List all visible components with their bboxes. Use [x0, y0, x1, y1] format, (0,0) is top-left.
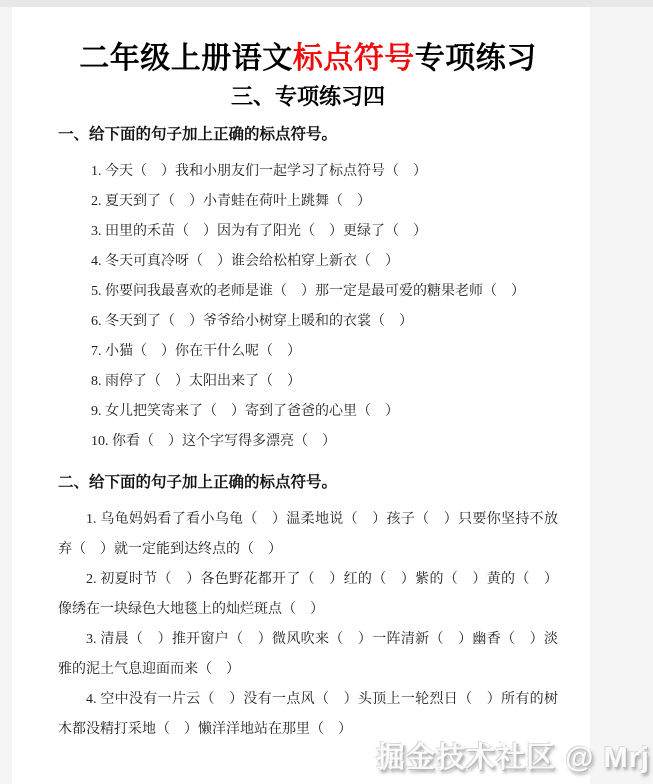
- section1-heading: 一、给下面的句子加上正确的标点符号。: [58, 124, 558, 145]
- exercise-item: 1. 今天（ ）我和小朋友们一起学习了标点符号（ ）: [91, 157, 558, 187]
- watermark: 掘金技术社区 @ Mrj: [376, 735, 650, 776]
- exercise-paragraph: 2. 初夏时节（ ）各色野花都开了（ ）红的（ ）紫的（ ）黄的（ ）像绣在一块…: [58, 565, 558, 625]
- exercise-paragraph: 3. 清晨（ ）推开窗户（ ）微风吹来（ ）一阵清新（ ）幽香（ ）淡雅的泥土气…: [58, 625, 558, 685]
- exercise-item: 3. 田里的禾苗（ ）因为有了阳光（ ）更绿了（ ）: [91, 217, 558, 247]
- exercise-item: 6. 冬天到了（ ）爷爷给小树穿上暖和的衣裳（ ）: [91, 307, 558, 337]
- exercise-item: 7. 小猫（ ）你在干什么呢（ ）: [91, 337, 558, 367]
- exercise-item: 10. 你看（ ）这个字写得多漂亮（ ）: [91, 427, 558, 457]
- exercise-item: 5. 你要问我最喜欢的老师是谁（ ）那一定是最可爱的糖果老师（ ）: [91, 277, 558, 307]
- exercise-item: 9. 女儿把笑寄来了（ ）寄到了爸爸的心里（ ）: [91, 397, 558, 427]
- title-highlight: 标点符号: [293, 42, 415, 75]
- browser-top-strip: [0, 0, 653, 7]
- section2-heading: 二、给下面的句子加上正确的标点符号。: [58, 472, 558, 493]
- page-title-prefix: 二年级上册语文: [79, 42, 293, 75]
- section1-item-list: 1. 今天（ ）我和小朋友们一起学习了标点符号（ ） 2. 夏天到了（ ）小青蛙…: [58, 157, 558, 457]
- exercise-item: 4. 冬天可真冷呀（ ）谁会给松柏穿上新衣（ ）: [91, 247, 558, 277]
- exercise-item: 8. 雨停了（ ）太阳出来了（ ）: [91, 367, 558, 397]
- worksheet-page: 二年级上册语文标点符号专项练习 三、专项练习四 一、给下面的句子加上正确的标点符…: [12, 7, 590, 784]
- exercise-item: 2. 夏天到了（ ）小青蛙在荷叶上跳舞（ ）: [91, 187, 558, 217]
- page-title-suffix: 专项练习: [415, 42, 537, 75]
- page-title: 二年级上册语文标点符号专项练习: [58, 42, 558, 76]
- page-subtitle: 三、专项练习四: [58, 84, 558, 110]
- exercise-paragraph: 1. 乌龟妈妈看了看小乌龟（ ）温柔地说（ ）孩子（ ）只要你坚持不放弃（ ）就…: [58, 505, 558, 565]
